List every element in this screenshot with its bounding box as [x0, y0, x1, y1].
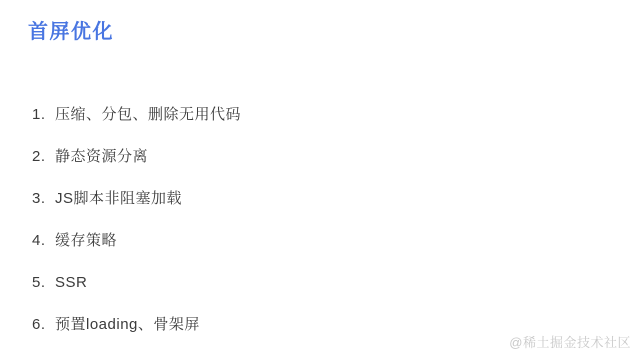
list-item-number: 4.: [32, 232, 55, 249]
list-item-text: 预置loading、骨架屏: [55, 316, 200, 333]
list-item-number: 2.: [32, 148, 55, 165]
list-item: 4. 缓存策略: [32, 232, 241, 249]
watermark: @稀土掘金技术社区: [509, 332, 631, 351]
list-item-number: 5.: [32, 274, 55, 291]
list-item: 3. JS脚本非阻塞加载: [32, 190, 241, 207]
optimization-list: 1. 压缩、分包、删除无用代码 2. 静态资源分离 3. JS脚本非阻塞加载 4…: [32, 106, 241, 358]
list-item: 6. 预置loading、骨架屏: [32, 316, 241, 333]
list-item-number: 1.: [32, 106, 55, 123]
page-title: 首屏优化: [28, 15, 114, 44]
list-item-number: 3.: [32, 190, 55, 207]
list-item-number: 6.: [32, 316, 55, 333]
list-item-text: 静态资源分离: [55, 148, 148, 165]
list-item-text: JS脚本非阻塞加载: [55, 190, 182, 207]
list-item-text: 压缩、分包、删除无用代码: [55, 106, 241, 123]
list-item: 2. 静态资源分离: [32, 148, 241, 165]
list-item: 1. 压缩、分包、删除无用代码: [32, 106, 241, 123]
page: 首屏优化 1. 压缩、分包、删除无用代码 2. 静态资源分离 3. JS脚本非阻…: [0, 0, 643, 360]
list-item-text: SSR: [55, 274, 87, 291]
list-item: 5. SSR: [32, 274, 241, 291]
list-item-text: 缓存策略: [55, 232, 117, 249]
